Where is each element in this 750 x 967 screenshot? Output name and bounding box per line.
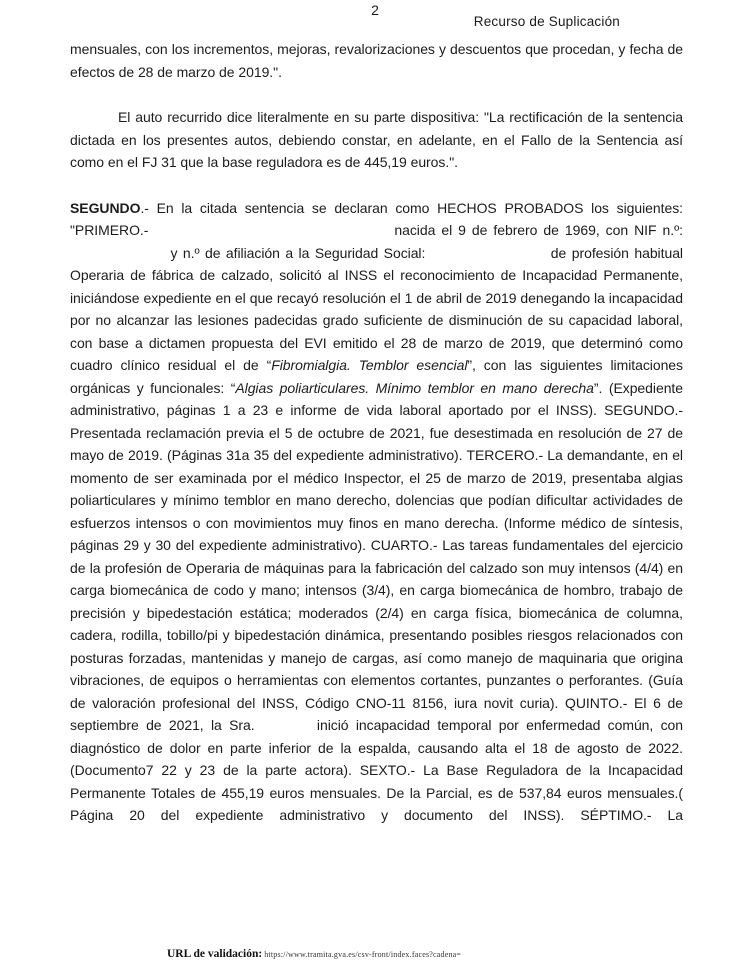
text-run: El auto recurrido dice literalmente en s… [70,109,683,170]
paragraph: SEGUNDO.- En la citada sentencia se decl… [70,197,683,827]
paragraph: mensuales, con los incrementos, mejoras,… [70,38,683,83]
validation-url-label: URL de validación: [167,948,262,960]
validation-url: https://www.tramita.gva.es/csv-front/ind… [264,950,461,959]
document-header-title: Recurso de Suplicación [474,14,620,29]
page-number: 2 [0,2,750,18]
page-footer: URL de validación:https://www.tramita.gv… [167,944,461,962]
paragraph: El auto recurrido dice literalmente en s… [70,106,683,174]
text-run: Fibromialgia. Temblor esencial [271,357,467,373]
text-run: SEGUNDO [70,200,140,216]
text-run: ”. (Expediente administrativo, páginas 1… [70,380,683,734]
redacted-gap [255,728,310,730]
document-page: 2 Recurso de Suplicación mensuales, con … [0,0,750,967]
redacted-gap [148,233,388,235]
text-run: mensuales, con los incrementos, mejoras,… [70,41,683,80]
text-run: Algias poliarticulares. Mínimo temblor e… [235,380,594,396]
text-run: nacida el 9 de febrero de 1969, con NIF … [388,222,683,238]
document-body: mensuales, con los incrementos, mejoras,… [70,38,683,850]
text-run: y n.º de afiliación a la Seguridad Socia… [165,245,425,261]
redacted-gap [70,256,165,258]
text-run: de profesión habitual Operaria de fábric… [70,245,683,374]
redacted-gap [425,256,545,258]
